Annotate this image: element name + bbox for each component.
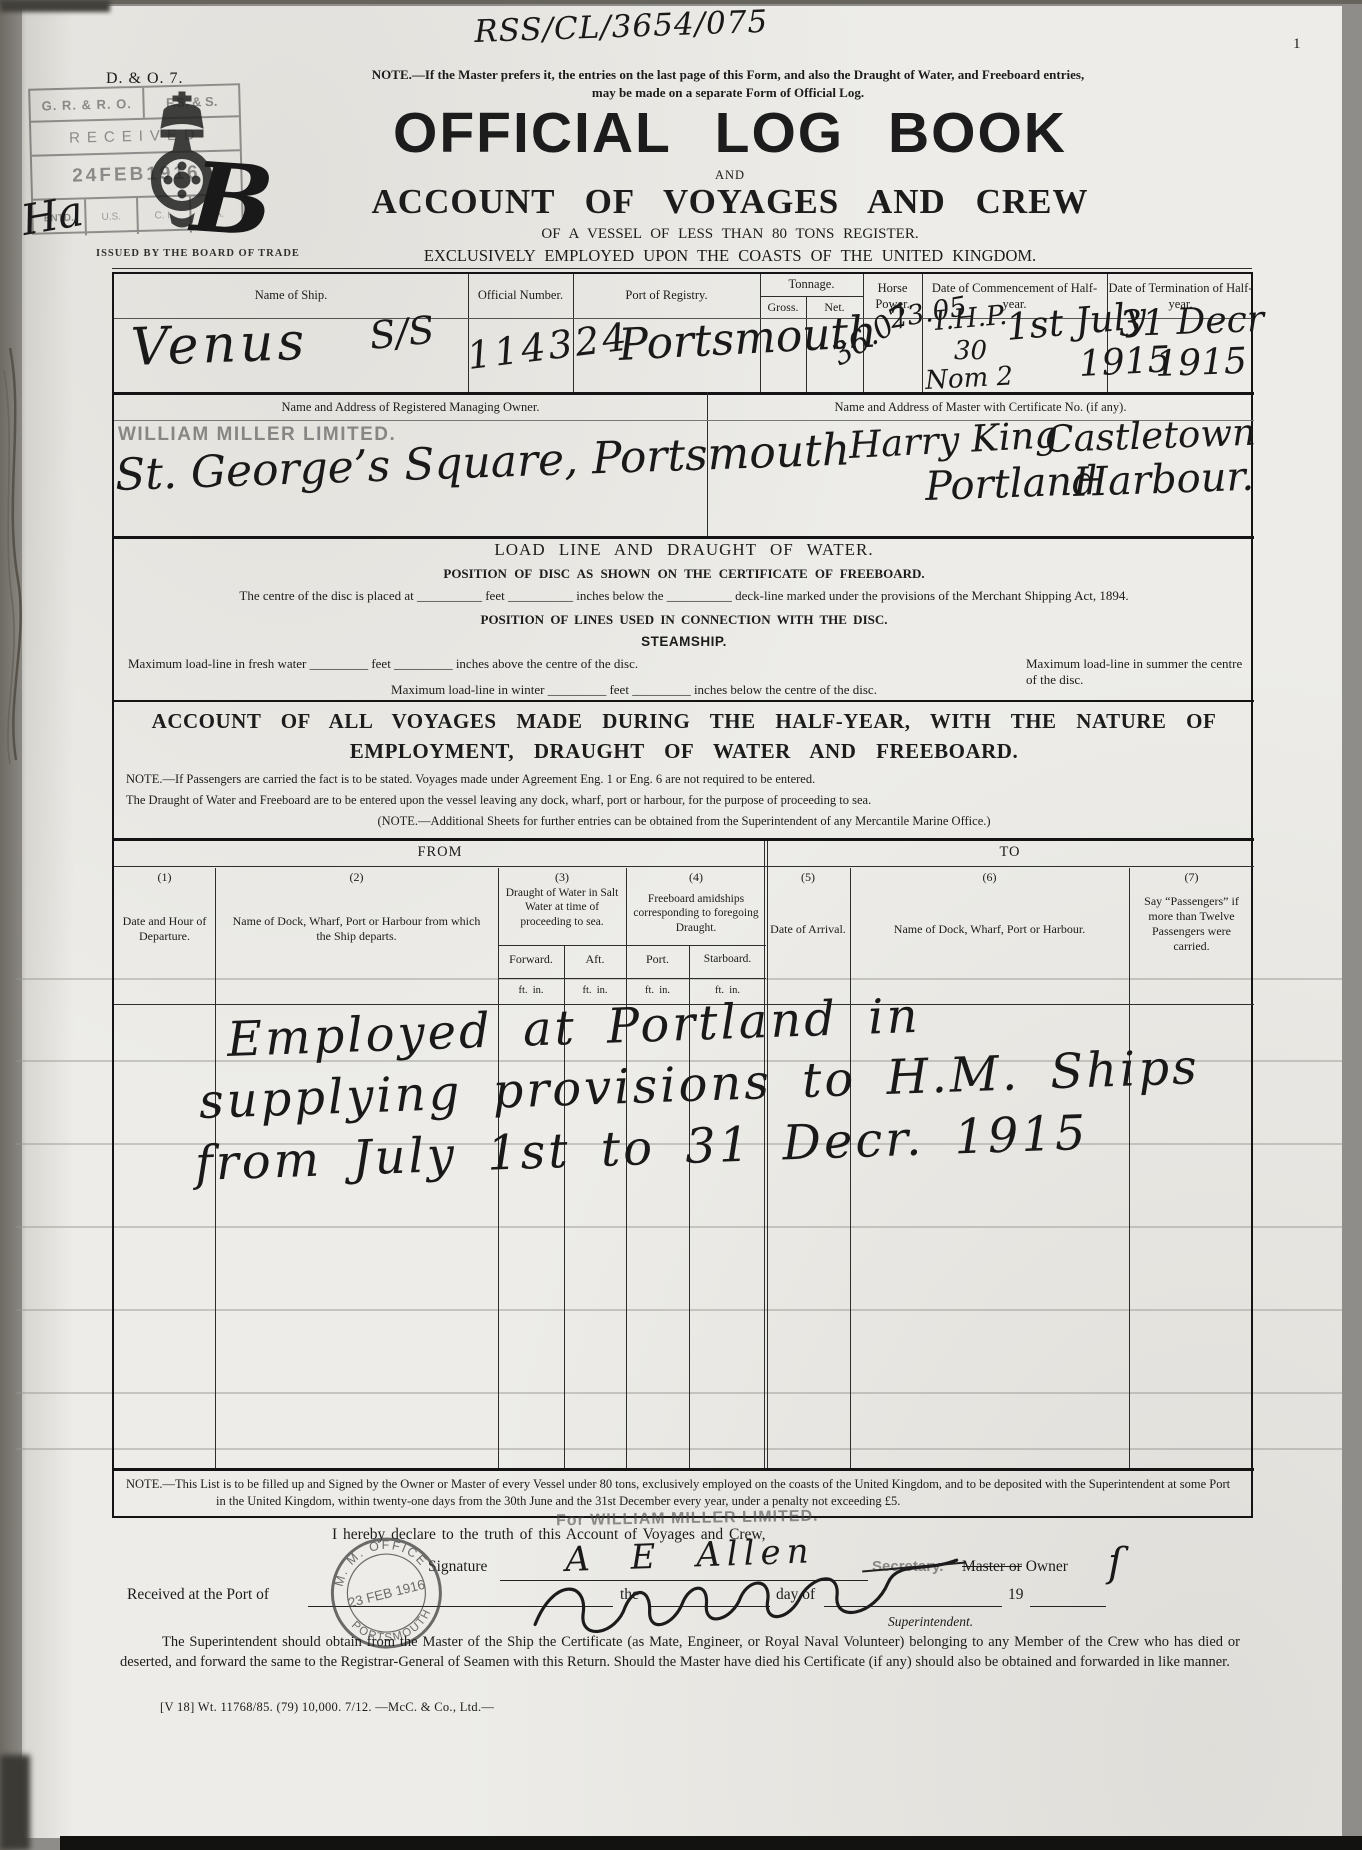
corner-blot-top-left [0,0,110,12]
master-town-value: Castletown [1044,411,1256,461]
page-subtitle: ACCOUNT OF VOYAGES AND CREW [340,182,1120,222]
units-forward: ft. in. [498,984,564,997]
voyages-heading: ACCOUNT OF ALL VOYAGES MADE DURING THE H… [129,706,1239,767]
load-line-sub1: POSITION OF DISC AS SHOWN ON THE CERTIFI… [114,566,1254,582]
binding-thread [0,340,36,770]
annotation-letter-b: B [188,140,277,258]
collabel-1: Date and Hour of Departure. [118,914,211,944]
collabel-3: Draught of Water in Salt Water at time o… [502,886,622,929]
termination-value-1: 31 Decr [1119,299,1265,345]
stamp-center-date: 23 FEB 1916 [346,1577,426,1611]
colnum-4: (4) [626,870,766,885]
official-number-value: 114324 [465,314,632,378]
voyages-note1: NOTE.—If Passengers are carried the fact… [126,772,815,787]
stamp-row1-left: G. R. & R. O. [30,88,145,121]
collabel-7: Say “Passengers” if more than Twelve Pas… [1133,894,1250,954]
title-line4: EXCLUSIVELY EMPLOYED UPON THE COASTS OF … [340,246,1120,266]
superintendent-note: The Superintendent should obtain from th… [120,1632,1240,1672]
sub-forward: Forward. [498,952,564,967]
header-note: NOTE.—If the Master prefers it, the entr… [368,66,1088,102]
title-and: AND [340,168,1120,183]
sub-aft: Aft. [564,952,626,967]
units-aft: ft. in. [564,984,626,997]
received-line-4 [1030,1606,1106,1607]
owner-flourish: ſ [1108,1540,1123,1586]
colnum-1: (1) [114,870,215,885]
page-number: 1 [1293,36,1301,53]
colnum-7: (7) [1129,870,1254,885]
to-header: TO [766,844,1254,861]
load-line-winter: Maximum load-line in winter _________ fe… [114,682,1154,698]
colnum-2: (2) [215,870,498,885]
horse-power-value-3: Nom 2 [924,361,1013,396]
load-line-sub2: POSITION OF LINES USED IN CONNECTION WIT… [114,612,1254,628]
collabel-6: Name of Dock, Wharf, Port or Harbour. [860,922,1119,937]
horse-power-value-2: 30 [954,336,987,366]
horse-power-value-1: I.H.P. [933,300,1008,337]
col-official-number: Official Number. [468,274,573,318]
master-name-value: Harry King [848,413,1059,467]
owner-word: Owner [1026,1558,1068,1575]
print-code: [V 18] Wt. 11768/85. (79) 10,000. 7/12. … [160,1700,494,1715]
colnum-3: (3) [498,870,626,885]
master-or-struck: Master or [962,1558,1022,1575]
termination-value-2: 1915 [1155,341,1248,385]
bottom-note: NOTE.—This List is to be filled up and S… [126,1476,1238,1510]
sub-port: Port. [626,952,689,967]
master-or-owner: Master or Owner [962,1558,1068,1576]
colnum-6: (6) [850,870,1129,885]
stamp-cell: U.S. [86,198,139,235]
sub-starboard: Starboard. [689,952,766,966]
collabel-4: Freeboard amidships corresponding to for… [630,892,762,935]
col-port-of-registry: Port of Registry. [573,274,760,318]
bottom-edge-shadow [60,1836,1362,1850]
ship-name-value: Venus [130,312,309,378]
owner-header: Name and Address of Registered Managing … [114,392,707,420]
page-title: OFFICIAL LOG BOOK [340,100,1120,166]
ship-name-suffix-value: S/S [367,307,436,358]
corner-blot-bottom-left [0,1755,30,1850]
voyages-note3: (NOTE.—Additional Sheets for further ent… [114,814,1254,829]
load-line-title: LOAD LINE AND DRAUGHT OF WATER. [114,540,1254,560]
binding-edge [0,0,26,1850]
colnum-5: (5) [766,870,850,885]
units-port: ft. in. [626,984,689,997]
title-line3: OF A VESSEL OF LESS THAN 80 TONS REGISTE… [340,226,1120,243]
superintendent-label: Superintendent. [888,1614,973,1630]
from-header: FROM [114,844,766,861]
scanned-official-log-book-page: D. & O. 7. G. R. & R. O. F.S. & S. RECEI… [0,0,1362,1850]
col-tonnage: Tonnage. [760,274,863,296]
master-address-value-2: Harbour. [1072,454,1254,506]
voyages-note2: The Draught of Water and Freeboard are t… [126,793,871,808]
load-line-fresh: Maximum load-line in fresh water _______… [128,656,638,672]
form-box: Name of Ship. Official Number. Port of R… [112,272,1253,1518]
steamship-label: STEAMSHIP. [114,634,1254,649]
collabel-2: Name of Dock, Wharf, Port or Harbour fro… [225,914,488,944]
received-19: 19 [1008,1586,1024,1604]
collabel-5: Date of Arrival. [770,922,846,937]
load-line-disc: The centre of the disc is placed at ____… [124,588,1244,604]
top-edge-shadow [0,0,1362,4]
received-prefix: Received at the Port of [127,1586,269,1604]
